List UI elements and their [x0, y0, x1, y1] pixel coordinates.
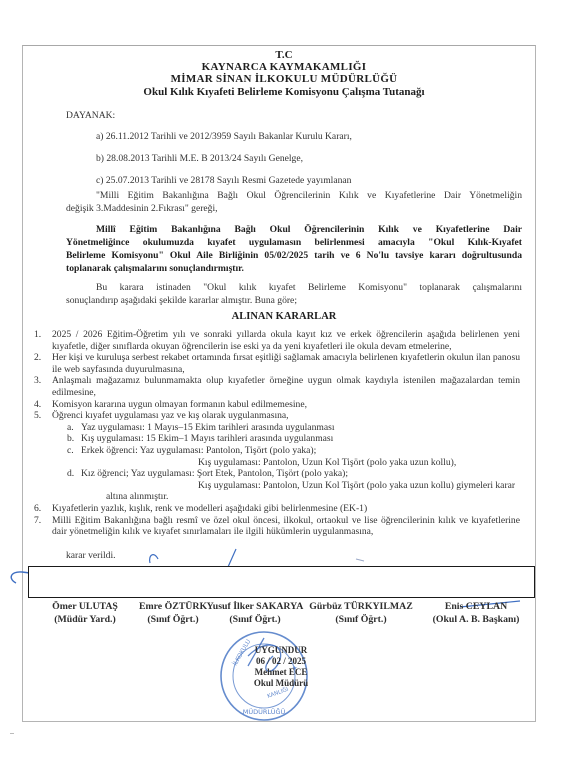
- decisions-list: 1. 2025 / 2026 Eğitim-Öğretim yılı ve so…: [34, 329, 520, 538]
- bold-paragraph-text-1: Millî Eğitim Bakanlığına Bağlı Okul Öğre…: [66, 224, 522, 235]
- decision-subitem-c: c. Erkek öğrenci: Yaz uygulaması: Pantol…: [34, 445, 520, 457]
- intro-paragraph-text-1: Bu karara istinaden "Okul kılık kıyafet …: [66, 282, 522, 293]
- decision-number: 7.: [34, 515, 41, 527]
- header-tc: T.C: [0, 49, 568, 61]
- approver-name: Mehmet ECE: [246, 667, 316, 678]
- bold-paragraph-line4: toplanarak çalışmalarını sonuçlandırmışt…: [66, 263, 244, 276]
- decision-item-6: 6. Kıyafetlerin yazlık, kışlık, renk ve …: [34, 503, 520, 515]
- decision-number: 1.: [34, 329, 41, 341]
- basis-quote-line1: "Milli Eğitim Bakanlığına Bağlı Okul Öğr…: [66, 190, 522, 203]
- subitem-text: Kış uygulaması: 15 Ekim–1 Mayıs tarihler…: [81, 433, 333, 444]
- decisions-closing: karar verildi.: [66, 550, 116, 562]
- decisions-title: ALINAN KARARLAR: [0, 311, 568, 322]
- decision-number: 2.: [34, 352, 41, 364]
- decision-subitem-d-cont2: altına alınmıştır.: [34, 491, 520, 503]
- scan-mark: [10, 733, 14, 734]
- decision-text: Kıyafetlerin yazlık, kışlık, renk ve mod…: [52, 503, 367, 514]
- decision-subitem-d: d. Kız öğrenci; Yaz uygulaması: Şort Ete…: [34, 468, 520, 480]
- subitem-letter: c.: [67, 445, 74, 457]
- decision-number: 6.: [34, 503, 41, 515]
- basis-item-c: c) 25.07.2013 Tarihli ve 28178 Sayılı Re…: [96, 175, 351, 187]
- intro-paragraph-line2: sonuçlandırıp aşağıdaki şekilde kararlar…: [66, 295, 297, 308]
- decision-subitem-b: b. Kış uygulaması: 15 Ekim–1 Mayıs tarih…: [34, 433, 520, 445]
- subitem-text: Kız öğrenci; Yaz uygulaması: Şort Etek, …: [81, 468, 348, 479]
- header-school: MİMAR SİNAN İLKOKULU MÜDÜRLÜĞÜ: [0, 73, 568, 85]
- svg-text:MÜDÜRLÜĞÜ: MÜDÜRLÜĞÜ: [243, 707, 286, 716]
- subitem-text: Yaz uygulaması: 1 Mayıs–15 Ekim tarihler…: [81, 422, 334, 433]
- decision-number: 4.: [34, 399, 41, 411]
- decision-item-2: 2. Her kişi ve kuruluşa serbest rekabet …: [34, 352, 520, 375]
- basis-item-b: b) 28.08.2013 Tarihli M.E. B 2013/24 Say…: [96, 153, 303, 165]
- subitem-letter: d.: [67, 468, 74, 480]
- basis-item-a: a) 26.11.2012 Tarihli ve 2012/3959 Sayıl…: [96, 131, 352, 143]
- approver-title: Okul Müdürü: [246, 678, 316, 689]
- decision-text: Komisyon kararına uygun olmayan formanın…: [52, 399, 307, 410]
- decision-subitem-c-cont: Kış uygulaması: Pantolon, Uzun Kol Tişör…: [34, 457, 520, 469]
- signatory-role: (Okul A. B. Başkanı): [420, 614, 532, 627]
- decision-item-4: 4. Komisyon kararına uygun olmayan forma…: [34, 399, 520, 411]
- bold-paragraph-line3: Belirleme Komisyonu" Okul Aile Birliğini…: [66, 250, 522, 263]
- header-governorship: KAYNARCA KAYMAKAMLIĞI: [0, 61, 568, 73]
- signatory-role: (Sınıf Öğrt.): [296, 614, 426, 627]
- basis-label: DAYANAK:: [66, 110, 115, 122]
- decision-text: 2025 / 2026 Eğitim-Öğretim yılı ve sonra…: [52, 329, 520, 352]
- approval-block: UYGUNDUR 06 / 02 / 2025 Mehmet ECE Okul …: [246, 645, 316, 689]
- approval-date: 06 / 02 / 2025: [246, 656, 316, 667]
- decision-number: 3.: [34, 375, 41, 387]
- bold-paragraph-line2: Yönetmeliğince okulumuzda kıyafet uygula…: [66, 237, 522, 250]
- decision-text: Her kişi ve kuruluşa serbest rekabet ort…: [52, 352, 520, 375]
- decision-text: Milli Eğitim Bakanlığına bağlı resmî ve …: [52, 515, 520, 538]
- decision-subitem-a: a. Yaz uygulaması: 1 Mayıs–15 Ekim tarih…: [34, 422, 520, 434]
- basis-quote-text: "Milli Eğitim Bakanlığına Bağlı Okul Öğr…: [66, 190, 522, 201]
- signatory-5: Enis CEYLAN (Okul A. B. Başkanı): [420, 601, 532, 626]
- document-title: Okul Kılık Kıyafeti Belirleme Komisyonu …: [0, 86, 568, 98]
- signatory-4: Gürbüz TÜRKYILMAZ (Sınıf Öğrt.): [296, 601, 426, 626]
- decision-item-7: 7. Milli Eğitim Bakanlığına bağlı resmî …: [34, 515, 520, 538]
- decision-item-3: 3. Anlaşmalı mağazamız bulunmamakta olup…: [34, 375, 520, 398]
- decision-number: 5.: [34, 410, 41, 422]
- subitem-letter: a.: [67, 422, 74, 434]
- decision-item-5: 5. Öğrenci kıyafet uygulaması yaz ve kış…: [34, 410, 520, 422]
- intro-paragraph-line1: Bu karara istinaden "Okul kılık kıyafet …: [66, 282, 522, 295]
- decision-item-1: 1. 2025 / 2026 Eğitim-Öğretim yılı ve so…: [34, 329, 520, 352]
- subitem-text: Erkek öğrenci: Yaz uygulaması: Pantolon,…: [81, 445, 316, 456]
- subitem-letter: b.: [67, 433, 74, 445]
- signatory-name: Enis CEYLAN: [420, 601, 532, 614]
- approval-label: UYGUNDUR: [246, 645, 316, 656]
- basis-quote-line2: değişik 3.Maddesinin 2.Fıkrası" gereği,: [66, 203, 218, 215]
- decision-subitem-d-cont: Kış uygulaması: Pantolon, Uzun Kol Tişör…: [34, 480, 520, 492]
- decision-text: Anlaşmalı mağazamız bulunmamakta olup kı…: [52, 375, 520, 398]
- signatory-name: Gürbüz TÜRKYILMAZ: [296, 601, 426, 614]
- bold-paragraph-line1: Millî Eğitim Bakanlığına Bağlı Okul Öğre…: [66, 224, 522, 237]
- decision-text: Öğrenci kıyafet uygulaması yaz ve kış ol…: [52, 410, 289, 421]
- redacted-signatures-box: [28, 566, 535, 598]
